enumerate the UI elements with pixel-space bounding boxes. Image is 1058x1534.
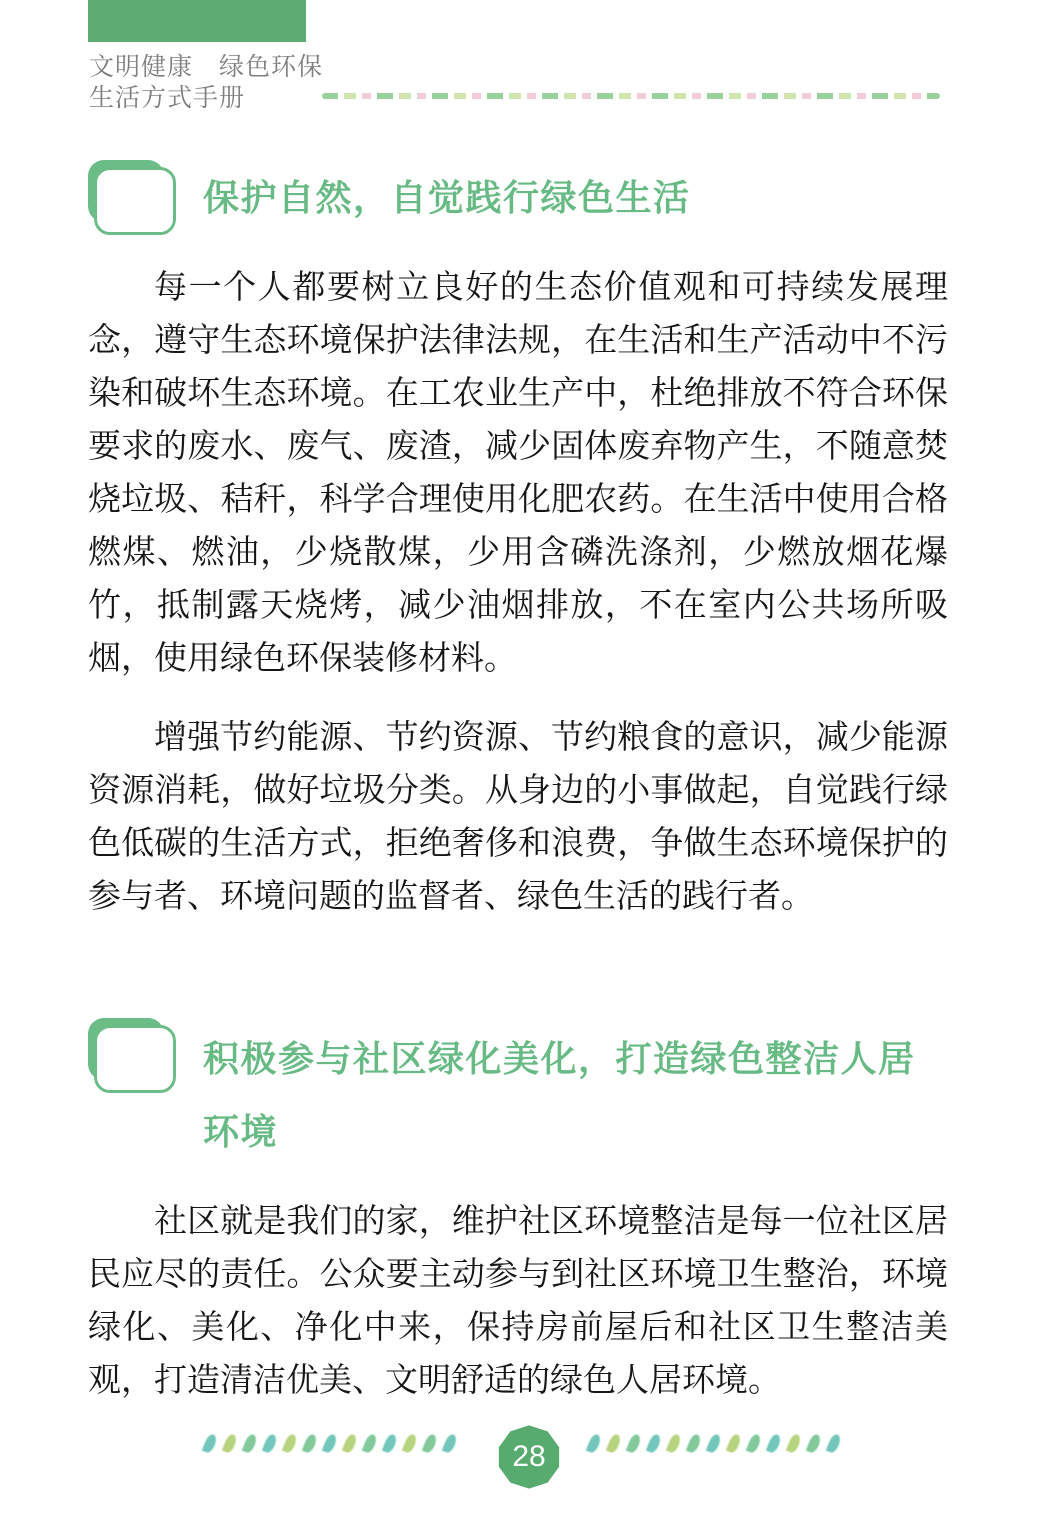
section-28-paragraph-1: 社区就是我们的家，维护社区环境整洁是每一位社区居民应尽的责任。公众要主动参与到社… <box>88 1196 948 1408</box>
booklet-title: 文明健康 绿色环保 生活方式手册 <box>89 52 323 114</box>
leaf-icon <box>222 1433 238 1454</box>
leaf-icon <box>786 1433 802 1454</box>
section-27-paragraph-2: 增强节约能源、节约资源、节约粮食的意识，减少能源资源消耗，做好垃圾分类。从身边的… <box>88 712 948 924</box>
leaf-icon <box>806 1433 822 1454</box>
leaf-icon <box>666 1433 682 1454</box>
section-28-number-badge: 28 <box>88 1018 164 1080</box>
section-28-title: 积极参与社区绿化美化，打造绿色整洁人居 环境 <box>203 1022 963 1168</box>
dashed-divider-icon <box>322 93 940 99</box>
footer-leaf-row-right <box>589 1434 839 1453</box>
leaf-icon <box>362 1433 378 1454</box>
leaf-icon <box>442 1433 458 1454</box>
leaf-icon <box>766 1433 782 1454</box>
leaf-icon <box>686 1433 702 1454</box>
leaf-icon <box>646 1433 662 1454</box>
leaf-icon <box>746 1433 762 1454</box>
leaf-icon <box>262 1433 278 1454</box>
leaf-icon <box>382 1433 398 1454</box>
leaf-icon <box>322 1433 338 1454</box>
leaf-icon <box>826 1433 842 1454</box>
leaf-icon <box>422 1433 438 1454</box>
page-number-badge: 28 <box>496 1424 562 1490</box>
footer-leaf-row-left <box>205 1434 455 1453</box>
leaf-icon <box>706 1433 722 1454</box>
handbook-page: 文明健康 绿色环保 生活方式手册 27 保护自然，自觉践行绿色生活 每一个人都要… <box>0 0 1058 1534</box>
leaf-icon <box>302 1433 318 1454</box>
leaf-icon <box>282 1433 298 1454</box>
leaf-icon <box>402 1433 418 1454</box>
section-27-paragraph-1: 每一个人都要树立良好的生态价值观和可持续发展理念，遵守生态环境保护法律法规，在生… <box>88 262 948 686</box>
leaf-icon <box>342 1433 358 1454</box>
leaf-icon <box>586 1433 602 1454</box>
leaf-icon <box>242 1433 258 1454</box>
header-accent-bar <box>88 0 306 42</box>
leaf-icon <box>606 1433 622 1454</box>
leaf-icon <box>726 1433 742 1454</box>
leaf-icon <box>626 1433 642 1454</box>
section-27-number-badge: 27 <box>88 160 164 222</box>
leaf-icon <box>202 1433 218 1454</box>
section-27-title: 保护自然，自觉践行绿色生活 <box>203 170 691 221</box>
